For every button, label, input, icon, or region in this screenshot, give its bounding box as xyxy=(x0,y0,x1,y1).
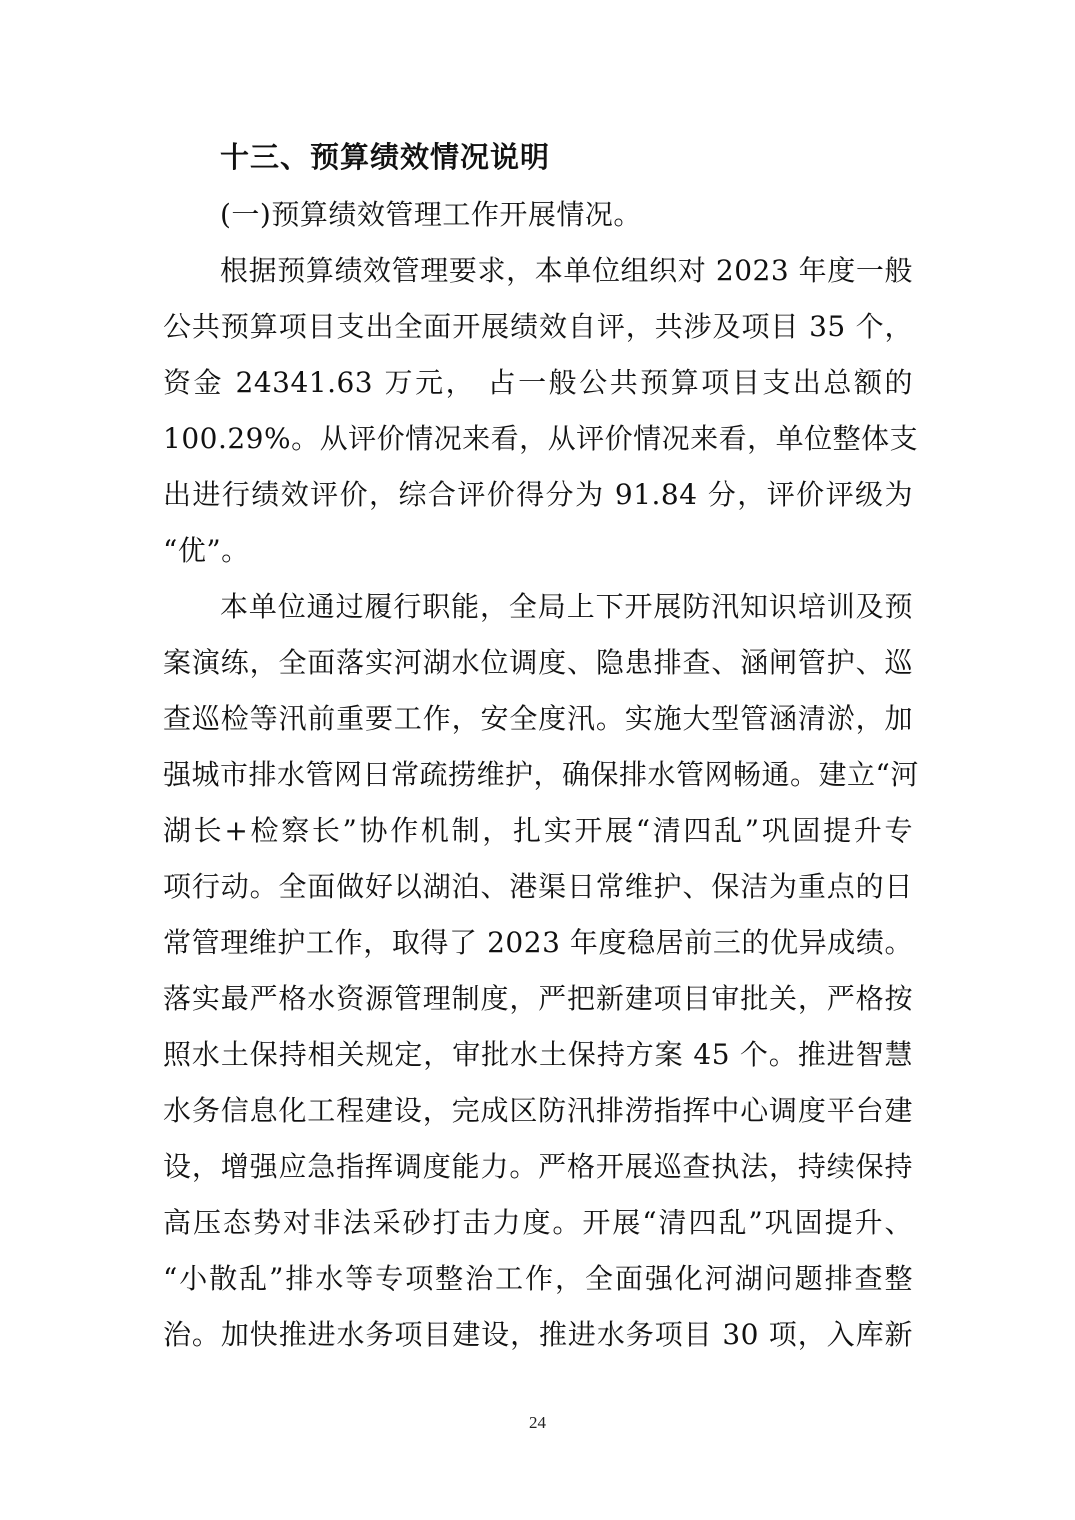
paragraph-line: 常管理维护工作，取得了 2023 年度稳居前三的优异成绩。 xyxy=(163,923,913,963)
paragraph-line: 水务信息化工程建设，完成区防汛排涝指挥中心调度平台建 xyxy=(163,1091,913,1131)
paragraph-line: 本单位通过履行职能，全局上下开展防汛知识培训及预 xyxy=(220,587,913,627)
paragraph-line: 照水土保持相关规定，审批水土保持方案 45 个。推进智慧 xyxy=(163,1035,913,1075)
paragraph-line: 资金 24341.63 万元， 占一般公共预算项目支出总额的 xyxy=(163,363,913,403)
paragraph-line: 100.29%。从评价情况来看，从评价情况来看，单位整体支 xyxy=(163,419,913,459)
paragraph-line: 落实最严格水资源管理制度，严把新建项目审批关，严格按 xyxy=(163,979,913,1019)
paragraph-line: “优”。 xyxy=(163,531,913,571)
paragraph-line: 根据预算绩效管理要求，本单位组织对 2023 年度一般 xyxy=(220,251,913,291)
paragraph-line: 查巡检等汛前重要工作，安全度汛。实施大型管涵清淤，加 xyxy=(163,699,913,739)
paragraph-line: 强城市排水管网日常疏捞维护，确保排水管网畅通。建立“河 xyxy=(163,755,913,795)
paragraph-line: 治。加快推进水务项目建设，推进水务项目 30 项，入库新 xyxy=(163,1315,913,1355)
paragraph-line: 公共预算项目支出全面开展绩效自评，共涉及项目 35 个， xyxy=(163,307,913,347)
paragraph-line: 高压态势对非法采砂打击力度。开展“清四乱”巩固提升、 xyxy=(163,1203,913,1243)
document-page: 十三、预算绩效情况说明 (一)预算绩效管理工作开展情况。 根据预算绩效管理要求，… xyxy=(0,0,1075,1520)
paragraph-line: “小散乱”排水等专项整治工作，全面强化河湖问题排查整 xyxy=(163,1259,913,1299)
paragraph-line: 出进行绩效评价，综合评价得分为 91.84 分，评价评级为 xyxy=(163,475,913,515)
paragraph-line: 湖长+检察长”协作机制，扎实开展“清四乱”巩固提升专 xyxy=(163,811,913,851)
section-title: 十三、预算绩效情况说明 xyxy=(220,137,970,177)
subsection-title: (一)预算绩效管理工作开展情况。 xyxy=(220,195,970,235)
paragraph-line: 项行动。全面做好以湖泊、港渠日常维护、保洁为重点的日 xyxy=(163,867,913,907)
paragraph-line: 设，增强应急指挥调度能力。严格开展巡查执法，持续保持 xyxy=(163,1147,913,1187)
paragraph-line: 案演练，全面落实河湖水位调度、隐患排查、涵闸管护、巡 xyxy=(163,643,913,683)
page-number: 24 xyxy=(0,1413,1075,1433)
